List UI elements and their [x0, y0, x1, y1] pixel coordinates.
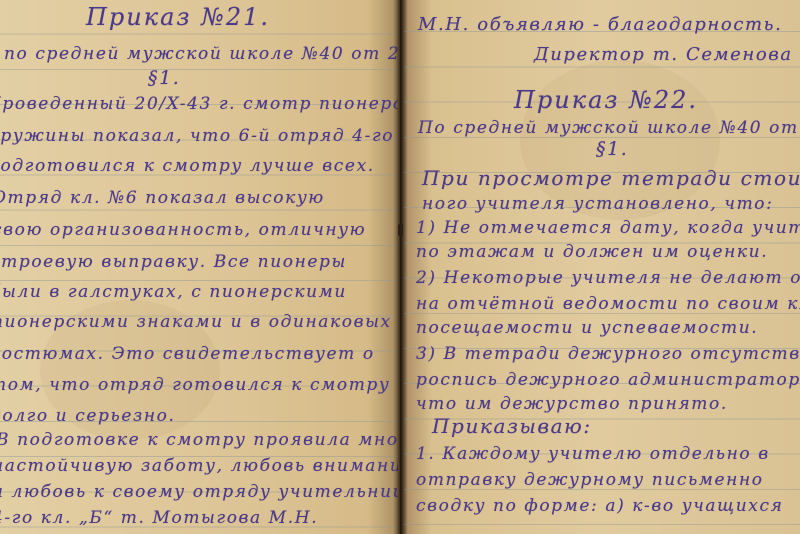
thanks-line: М.Н. объявляю - благодарность. [418, 14, 782, 35]
list-item: 1. Каждому учителю отдельно в [416, 444, 770, 464]
order-heading: Приказываю: [432, 414, 592, 438]
list-item: сводку по форме: а) к-во учащихся [416, 496, 783, 516]
text-line: В подготовке к смотру проявила много [0, 430, 398, 450]
list-item: отправку дежурному письменно [416, 470, 764, 490]
text-line: Проведенный 20/X-43 г. смотр пионерской [0, 94, 398, 114]
text-line: подготовился к смотру лучше всех. [0, 156, 375, 176]
left-page: Приказ №21. по средней мужской школе №40… [0, 0, 398, 534]
list-item: на отчётной ведомости по своим классам [416, 294, 800, 314]
director-signature: Директор т. Семенова [534, 44, 793, 65]
list-item: роспись дежурного администратора [416, 370, 800, 390]
text-line: пионерскими знаками и в одинаковых [0, 312, 392, 332]
order-21-subtitle: по средней мужской школе №40 от 21/X-43 … [4, 44, 398, 64]
list-item: 1) Не отмечается дату, когда учитель [416, 218, 800, 238]
text-line: 4-го кл. „Б“ т. Мотыгова М.Н. [0, 508, 318, 528]
list-item: 3) В тетради дежурного отсутствует [416, 344, 800, 364]
text-line: настойчивую заботу, любовь внимание [0, 456, 398, 476]
staple [398, 224, 403, 236]
section-1-heading: §1. [596, 138, 628, 160]
order-21-title: Приказ №21. [86, 3, 270, 31]
text-line: Отряд кл. №6 показал высокую [0, 188, 325, 208]
text-line: и любовь к своему отряду учительница [0, 482, 398, 502]
text-line: При просмотре тетради стоимости дежур- [422, 166, 800, 190]
text-line: ного учителя установлено, что: [422, 194, 773, 214]
right-page: М.Н. объявляю - благодарность. Директор … [404, 0, 800, 534]
text-line: долго и серьезно. [0, 406, 176, 426]
list-item: что им дежурство принято. [416, 394, 728, 414]
section-1-heading: §1. [148, 67, 180, 89]
notebook-spread: Приказ №21. по средней мужской школе №40… [0, 0, 800, 534]
list-item: по этажам и должен им оценки. [416, 242, 768, 262]
order-22-title: Приказ №22. [514, 86, 698, 114]
list-item: посещаемости и успеваемости. [416, 318, 758, 338]
text-line: были в галстуках, с пионерскими [0, 282, 347, 302]
text-line: свою организованность, отличную [0, 220, 366, 240]
text-line: том, что отряд готовился к смотру [0, 375, 390, 395]
text-line: костюмах. Это свидетельствует о [0, 344, 375, 364]
text-line: дружины показал, что 6-й отряд 4-го кл. … [0, 126, 398, 146]
list-item: 2) Некоторые учителя не делают отметки [416, 268, 800, 288]
notebook-spine [393, 0, 407, 534]
order-22-subtitle: По средней мужской школе №40 от 2... [418, 118, 800, 138]
text-line: строевую выправку. Все пионеры [0, 252, 347, 272]
